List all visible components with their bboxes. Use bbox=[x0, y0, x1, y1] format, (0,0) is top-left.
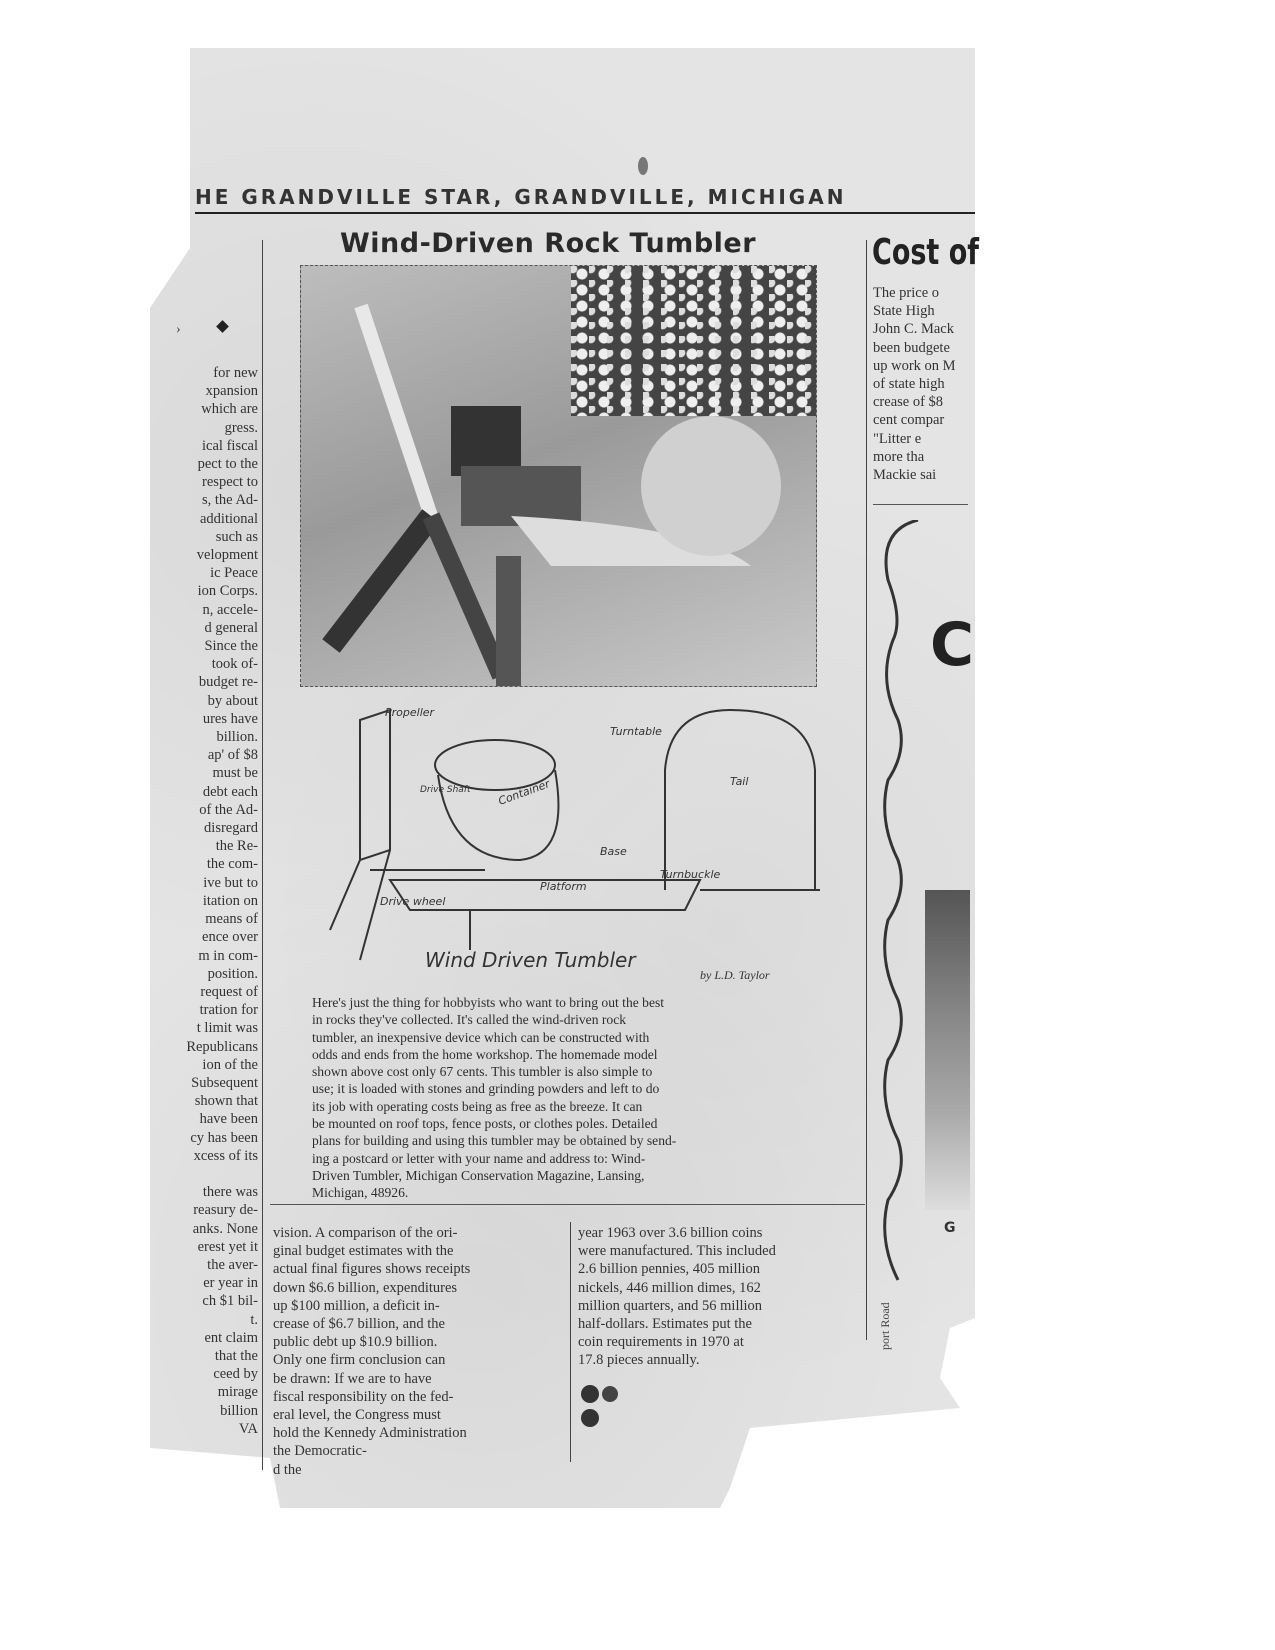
label-turnbuckle: Turnbuckle bbox=[660, 868, 721, 881]
column-rule-right bbox=[866, 240, 867, 1340]
text-line: xcess of its bbox=[158, 1147, 258, 1165]
text-line: d the bbox=[273, 1461, 470, 1479]
text-line: 17.8 pieces annually. bbox=[578, 1351, 776, 1369]
body-line: Driven Tumbler, Michigan Conservation Ma… bbox=[312, 1167, 827, 1184]
body-line: ing a postcard or letter with your name … bbox=[312, 1150, 827, 1167]
lower-right-column: year 1963 over 3.6 billion coinswere man… bbox=[578, 1224, 776, 1370]
text-line: the Re- bbox=[158, 837, 258, 855]
decorative-ornament-bottom bbox=[578, 1382, 648, 1432]
article-end-rule bbox=[270, 1204, 865, 1205]
text-line: that the bbox=[158, 1347, 258, 1365]
text-line: Since the bbox=[158, 637, 258, 655]
text-line: took of- bbox=[158, 655, 258, 673]
text-line: position. bbox=[158, 965, 258, 983]
article-body: Here's just the thing for hobbyists who … bbox=[312, 994, 827, 1202]
text-line: s, the Ad- bbox=[158, 491, 258, 509]
text-line: xpansion bbox=[158, 382, 258, 400]
text-line: been budgete bbox=[873, 339, 968, 357]
text-line: reasury de- bbox=[158, 1201, 258, 1219]
text-line: velopment bbox=[158, 546, 258, 564]
body-line: plans for building and using this tumble… bbox=[312, 1132, 827, 1149]
text-line: erest yet it bbox=[158, 1238, 258, 1256]
text-line: shown that bbox=[158, 1092, 258, 1110]
left-column-text: for newxpansionwhich aregress.ical fisca… bbox=[158, 364, 258, 1438]
text-line: t. bbox=[158, 1311, 258, 1329]
label-tail: Tail bbox=[730, 775, 748, 788]
text-line: year 1963 over 3.6 billion coins bbox=[578, 1224, 776, 1242]
text-line: ch $1 bil- bbox=[158, 1292, 258, 1310]
text-line: n, accele- bbox=[158, 601, 258, 619]
text-line: itation on bbox=[158, 892, 258, 910]
text-line: ginal budget estimates with the bbox=[273, 1242, 470, 1260]
text-line: ion Corps. bbox=[158, 582, 258, 600]
text-line: The price o bbox=[873, 284, 968, 302]
text-line: for new bbox=[158, 364, 258, 382]
text-line: m in com- bbox=[158, 947, 258, 965]
body-line: Here's just the thing for hobbyists who … bbox=[312, 994, 827, 1011]
text-line: million quarters, and 56 million bbox=[578, 1297, 776, 1315]
diagram-caption: Wind Driven Tumbler bbox=[425, 948, 636, 972]
byline: by L.D. Taylor bbox=[700, 968, 770, 983]
right-column-rule bbox=[873, 504, 968, 505]
masthead-rule bbox=[195, 212, 975, 214]
text-line: the aver- bbox=[158, 1256, 258, 1274]
label-platform: Platform bbox=[540, 880, 587, 893]
body-line: Michigan, 48926. bbox=[312, 1184, 827, 1201]
body-line: use; it is loaded with stones and grindi… bbox=[312, 1080, 827, 1097]
body-line: its job with operating costs being as fr… bbox=[312, 1098, 827, 1115]
text-line: up $100 million, a deficit in- bbox=[273, 1297, 470, 1315]
text-line: cy has been bbox=[158, 1129, 258, 1147]
ad-photo bbox=[925, 890, 970, 1210]
text-line: er year in bbox=[158, 1274, 258, 1292]
right-headline: Cost of bbox=[872, 232, 979, 273]
text-line: tration for bbox=[158, 1001, 258, 1019]
text-line: respect to bbox=[158, 473, 258, 491]
text-line: anks. None bbox=[158, 1220, 258, 1238]
text-line: Subsequent bbox=[158, 1074, 258, 1092]
text-line: by about bbox=[158, 692, 258, 710]
text-line: coin requirements in 1970 at bbox=[578, 1333, 776, 1351]
text-line: ceed by bbox=[158, 1365, 258, 1383]
text-line: d general bbox=[158, 619, 258, 637]
text-line: Republicans bbox=[158, 1038, 258, 1056]
text-line: nickels, 446 million dimes, 162 bbox=[578, 1279, 776, 1297]
label-drive-wheel: Drive wheel bbox=[380, 895, 445, 908]
text-line: have been bbox=[158, 1110, 258, 1128]
right-column-text: The price o State HighJohn C. Mackbeen b… bbox=[873, 284, 968, 484]
text-line: gress. bbox=[158, 419, 258, 437]
label-drive-shaft: Drive Shaft bbox=[420, 785, 471, 795]
text-line: ures have bbox=[158, 710, 258, 728]
text-line: eral level, the Congress must bbox=[273, 1406, 470, 1424]
article-headline: Wind-Driven Rock Tumbler bbox=[340, 228, 756, 259]
text-line: crease of $8 bbox=[873, 393, 968, 411]
windmill-illustration bbox=[301, 266, 816, 686]
label-propeller: Propeller bbox=[385, 706, 436, 719]
text-line: "Litter e bbox=[873, 430, 968, 448]
text-line: half-dollars. Estimates put the bbox=[578, 1315, 776, 1333]
text-line: such as bbox=[158, 528, 258, 546]
body-line: tumbler, an inexpensive device which can… bbox=[312, 1029, 827, 1046]
text-line: actual final figures shows receipts bbox=[273, 1260, 470, 1278]
side-caption: port Road bbox=[878, 1302, 893, 1350]
body-line: shown above cost only 67 cents. This tum… bbox=[312, 1063, 827, 1080]
label-turntable: Turntable bbox=[610, 725, 662, 738]
text-line: debt each bbox=[158, 783, 258, 801]
text-line: budget re- bbox=[158, 673, 258, 691]
text-line: cent compar bbox=[873, 411, 968, 429]
ad-letter: C bbox=[930, 610, 974, 680]
label-container: Container bbox=[497, 777, 553, 808]
lower-middle-column: vision. A comparison of the ori-ginal bu… bbox=[273, 1224, 470, 1479]
column-rule-lower bbox=[570, 1222, 571, 1462]
text-line: ical fiscal bbox=[158, 437, 258, 455]
text-line: be drawn: If we are to have bbox=[273, 1370, 470, 1388]
text-line: John C. Mack bbox=[873, 320, 968, 338]
text-line: down $6.6 billion, expenditures bbox=[273, 1279, 470, 1297]
text-line: up work on M bbox=[873, 357, 968, 375]
text-line: means of bbox=[158, 910, 258, 928]
body-line: in rocks they've collected. It's called … bbox=[312, 1011, 827, 1028]
text-line: which are bbox=[158, 400, 258, 418]
text-line: 2.6 billion pennies, 405 million bbox=[578, 1260, 776, 1278]
text-line: fiscal responsibility on the fed- bbox=[273, 1388, 470, 1406]
text-line: must be bbox=[158, 764, 258, 782]
text-line: of state high bbox=[873, 375, 968, 393]
text-line: disregard bbox=[158, 819, 258, 837]
text-line: were manufactured. This included bbox=[578, 1242, 776, 1260]
ad-photo-caption: G bbox=[944, 1220, 956, 1236]
text-line: crease of $6.7 billion, and the bbox=[273, 1315, 470, 1333]
ornament-dash: › bbox=[176, 322, 181, 338]
text-line: request of bbox=[158, 983, 258, 1001]
label-base: Base bbox=[600, 845, 627, 858]
text-line: public debt up $10.9 billion. bbox=[273, 1333, 470, 1351]
text-line: ic Peace bbox=[158, 564, 258, 582]
body-line: odds and ends from the home workshop. Th… bbox=[312, 1046, 827, 1063]
text-line: State High bbox=[873, 302, 968, 320]
text-line: mirage bbox=[158, 1383, 258, 1401]
text-line: ent claim bbox=[158, 1329, 258, 1347]
tumbler-diagram: Propeller Turntable Container Drive Shaf… bbox=[310, 690, 830, 980]
windmill-photo bbox=[300, 265, 817, 687]
masthead: HE GRANDVILLE STAR, GRANDVILLE, MICHIGAN bbox=[195, 185, 846, 209]
text-line: hold the Kennedy Administration bbox=[273, 1424, 470, 1442]
text-line: vision. A comparison of the ori- bbox=[273, 1224, 470, 1242]
text-line: more tha bbox=[873, 448, 968, 466]
column-rule-left bbox=[262, 240, 263, 1470]
text-line: t limit was bbox=[158, 1019, 258, 1037]
text-line: the Democratic- bbox=[273, 1442, 470, 1460]
text-line: ive but to bbox=[158, 874, 258, 892]
smudge-mark bbox=[638, 157, 648, 175]
text-line: additional bbox=[158, 510, 258, 528]
decorative-scallop-border bbox=[878, 520, 928, 1300]
text-line: Only one firm conclusion can bbox=[273, 1351, 470, 1369]
text-line: pect to the bbox=[158, 455, 258, 473]
text-line: ence over bbox=[158, 928, 258, 946]
text-line: the com- bbox=[158, 855, 258, 873]
text-line: VA bbox=[158, 1420, 258, 1438]
text-line: billion. bbox=[158, 728, 258, 746]
text-line: Mackie sai bbox=[873, 466, 968, 484]
body-line: be mounted on roof tops, fence posts, or… bbox=[312, 1115, 827, 1132]
text-line: there was bbox=[158, 1183, 258, 1201]
text-line: of the Ad- bbox=[158, 801, 258, 819]
text-line: ion of the bbox=[158, 1056, 258, 1074]
text-line: billion bbox=[158, 1402, 258, 1420]
text-line bbox=[158, 1165, 258, 1183]
text-line: ap' of $8 bbox=[158, 746, 258, 764]
